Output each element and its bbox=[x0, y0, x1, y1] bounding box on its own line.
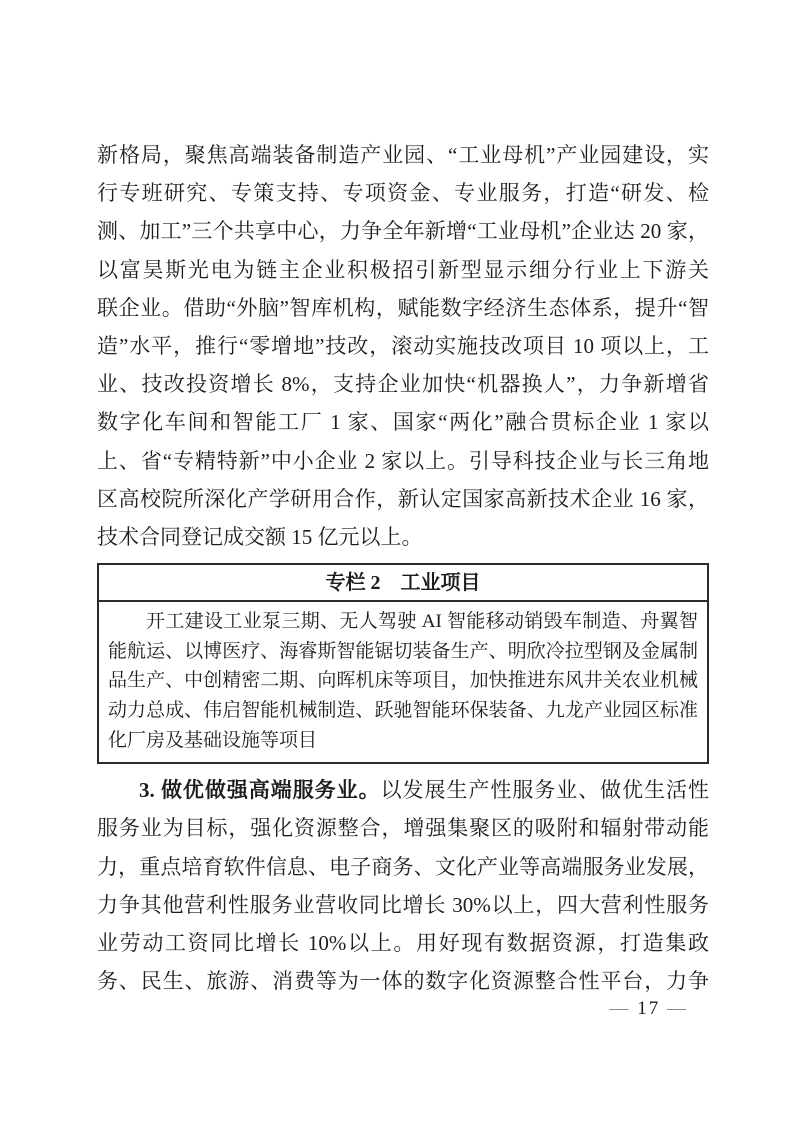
column-box-body: 开工建设工业泵三期、无人驾驶 AI 智能移动销毁车制造、舟翼智能航运、以博医疗、… bbox=[99, 602, 707, 762]
text-line: 务、民生、旅游、消费等为一体的数字化资源整合性平台，力争 bbox=[97, 962, 709, 1000]
text-line: 化厂房及基础设施等项目 bbox=[108, 726, 698, 756]
text-line: 力争其他营利性服务业营收同比增长 30%以上，四大营利性服务 bbox=[97, 886, 709, 924]
text-line: 3. 做优做强高端服务业。以发展生产性服务业、做优生活性 bbox=[97, 771, 709, 809]
text-line: 开工建设工业泵三期、无人驾驶 AI 智能移动销毁车制造、舟翼智 bbox=[108, 607, 698, 637]
page-number-value: 17 bbox=[637, 998, 660, 1019]
paragraph-lead-bold: 3. 做优做强高端服务业。 bbox=[139, 778, 381, 802]
text-line: 行专班研究、专策支持、专项资金、专业服务，打造“研发、检 bbox=[97, 174, 709, 212]
text-line: 力，重点培育软件信息、电子商务、文化产业等高端服务业发展， bbox=[97, 848, 709, 886]
text-line: 能航运、以博医疗、海睿斯智能锯切装备生产、明欣冷拉型钢及金属制 bbox=[108, 637, 698, 667]
text-line: 技术合同登记成交额 15 亿元以上。 bbox=[97, 518, 709, 556]
text-line: 以富昊斯光电为链主企业积极招引新型显示细分行业上下游关 bbox=[97, 251, 709, 289]
text-line: 数字化车间和智能工厂 1 家、国家“两化”融合贯标企业 1 家以 bbox=[97, 403, 709, 441]
text-line: 区高校院所深化产学研用合作，新认定国家高新技术企业 16 家， bbox=[97, 480, 709, 518]
text-line: 上、省“专精特新”中小企业 2 家以上。引导科技企业与长三角地 bbox=[97, 442, 709, 480]
text-block: 新格局，聚焦高端装备制造产业园、“工业母机”产业园建设，实行专班研究、专策支持、… bbox=[97, 136, 709, 1000]
paragraph-3: 3. 做优做强高端服务业。以发展生产性服务业、做优生活性服务业为目标，强化资源整… bbox=[97, 771, 709, 1000]
page-number: — 17 — bbox=[610, 996, 689, 1022]
column-box-title: 专栏 2 工业项目 bbox=[99, 565, 707, 602]
text-line: 服务业为目标，强化资源整合，增强集聚区的吸附和辐射带动能 bbox=[97, 809, 709, 847]
text-line: 业、技改投资增长 8%，支持企业加快“机器换人”，力争新增省 bbox=[97, 365, 709, 403]
text-line: 品生产、中创精密二期、向晖机床等项目，加快推进东风井关农业机械 bbox=[108, 666, 698, 696]
text-line: 新格局，聚焦高端装备制造产业园、“工业母机”产业园建设，实 bbox=[97, 136, 709, 174]
paragraph-1: 新格局，聚焦高端装备制造产业园、“工业母机”产业园建设，实行专班研究、专策支持、… bbox=[97, 136, 709, 556]
column-box-industrial-projects: 专栏 2 工业项目 开工建设工业泵三期、无人驾驶 AI 智能移动销毁车制造、舟翼… bbox=[97, 563, 709, 764]
text-line: 联企业。借助“外脑”智库机构，赋能数字经济生态体系，提升“智 bbox=[97, 289, 709, 327]
text-line: 动力总成、伟启智能机械制造、跃驰智能环保装备、九龙产业园区标准 bbox=[108, 696, 698, 726]
document-page: 新格局，聚焦高端装备制造产业园、“工业母机”产业园建设，实行专班研究、专策支持、… bbox=[0, 0, 794, 1122]
page-number-dash-right: — bbox=[667, 998, 688, 1019]
text-line: 测、加工”三个共享中心，力争全年新增“工业母机”企业达 20 家， bbox=[97, 212, 709, 250]
text-line: 业劳动工资同比增长 10%以上。用好现有数据资源，打造集政 bbox=[97, 924, 709, 962]
page-number-dash-left: — bbox=[610, 998, 631, 1019]
text-line: 造”水平，推行“零增地”技改，滚动实施技改项目 10 项以上，工 bbox=[97, 327, 709, 365]
